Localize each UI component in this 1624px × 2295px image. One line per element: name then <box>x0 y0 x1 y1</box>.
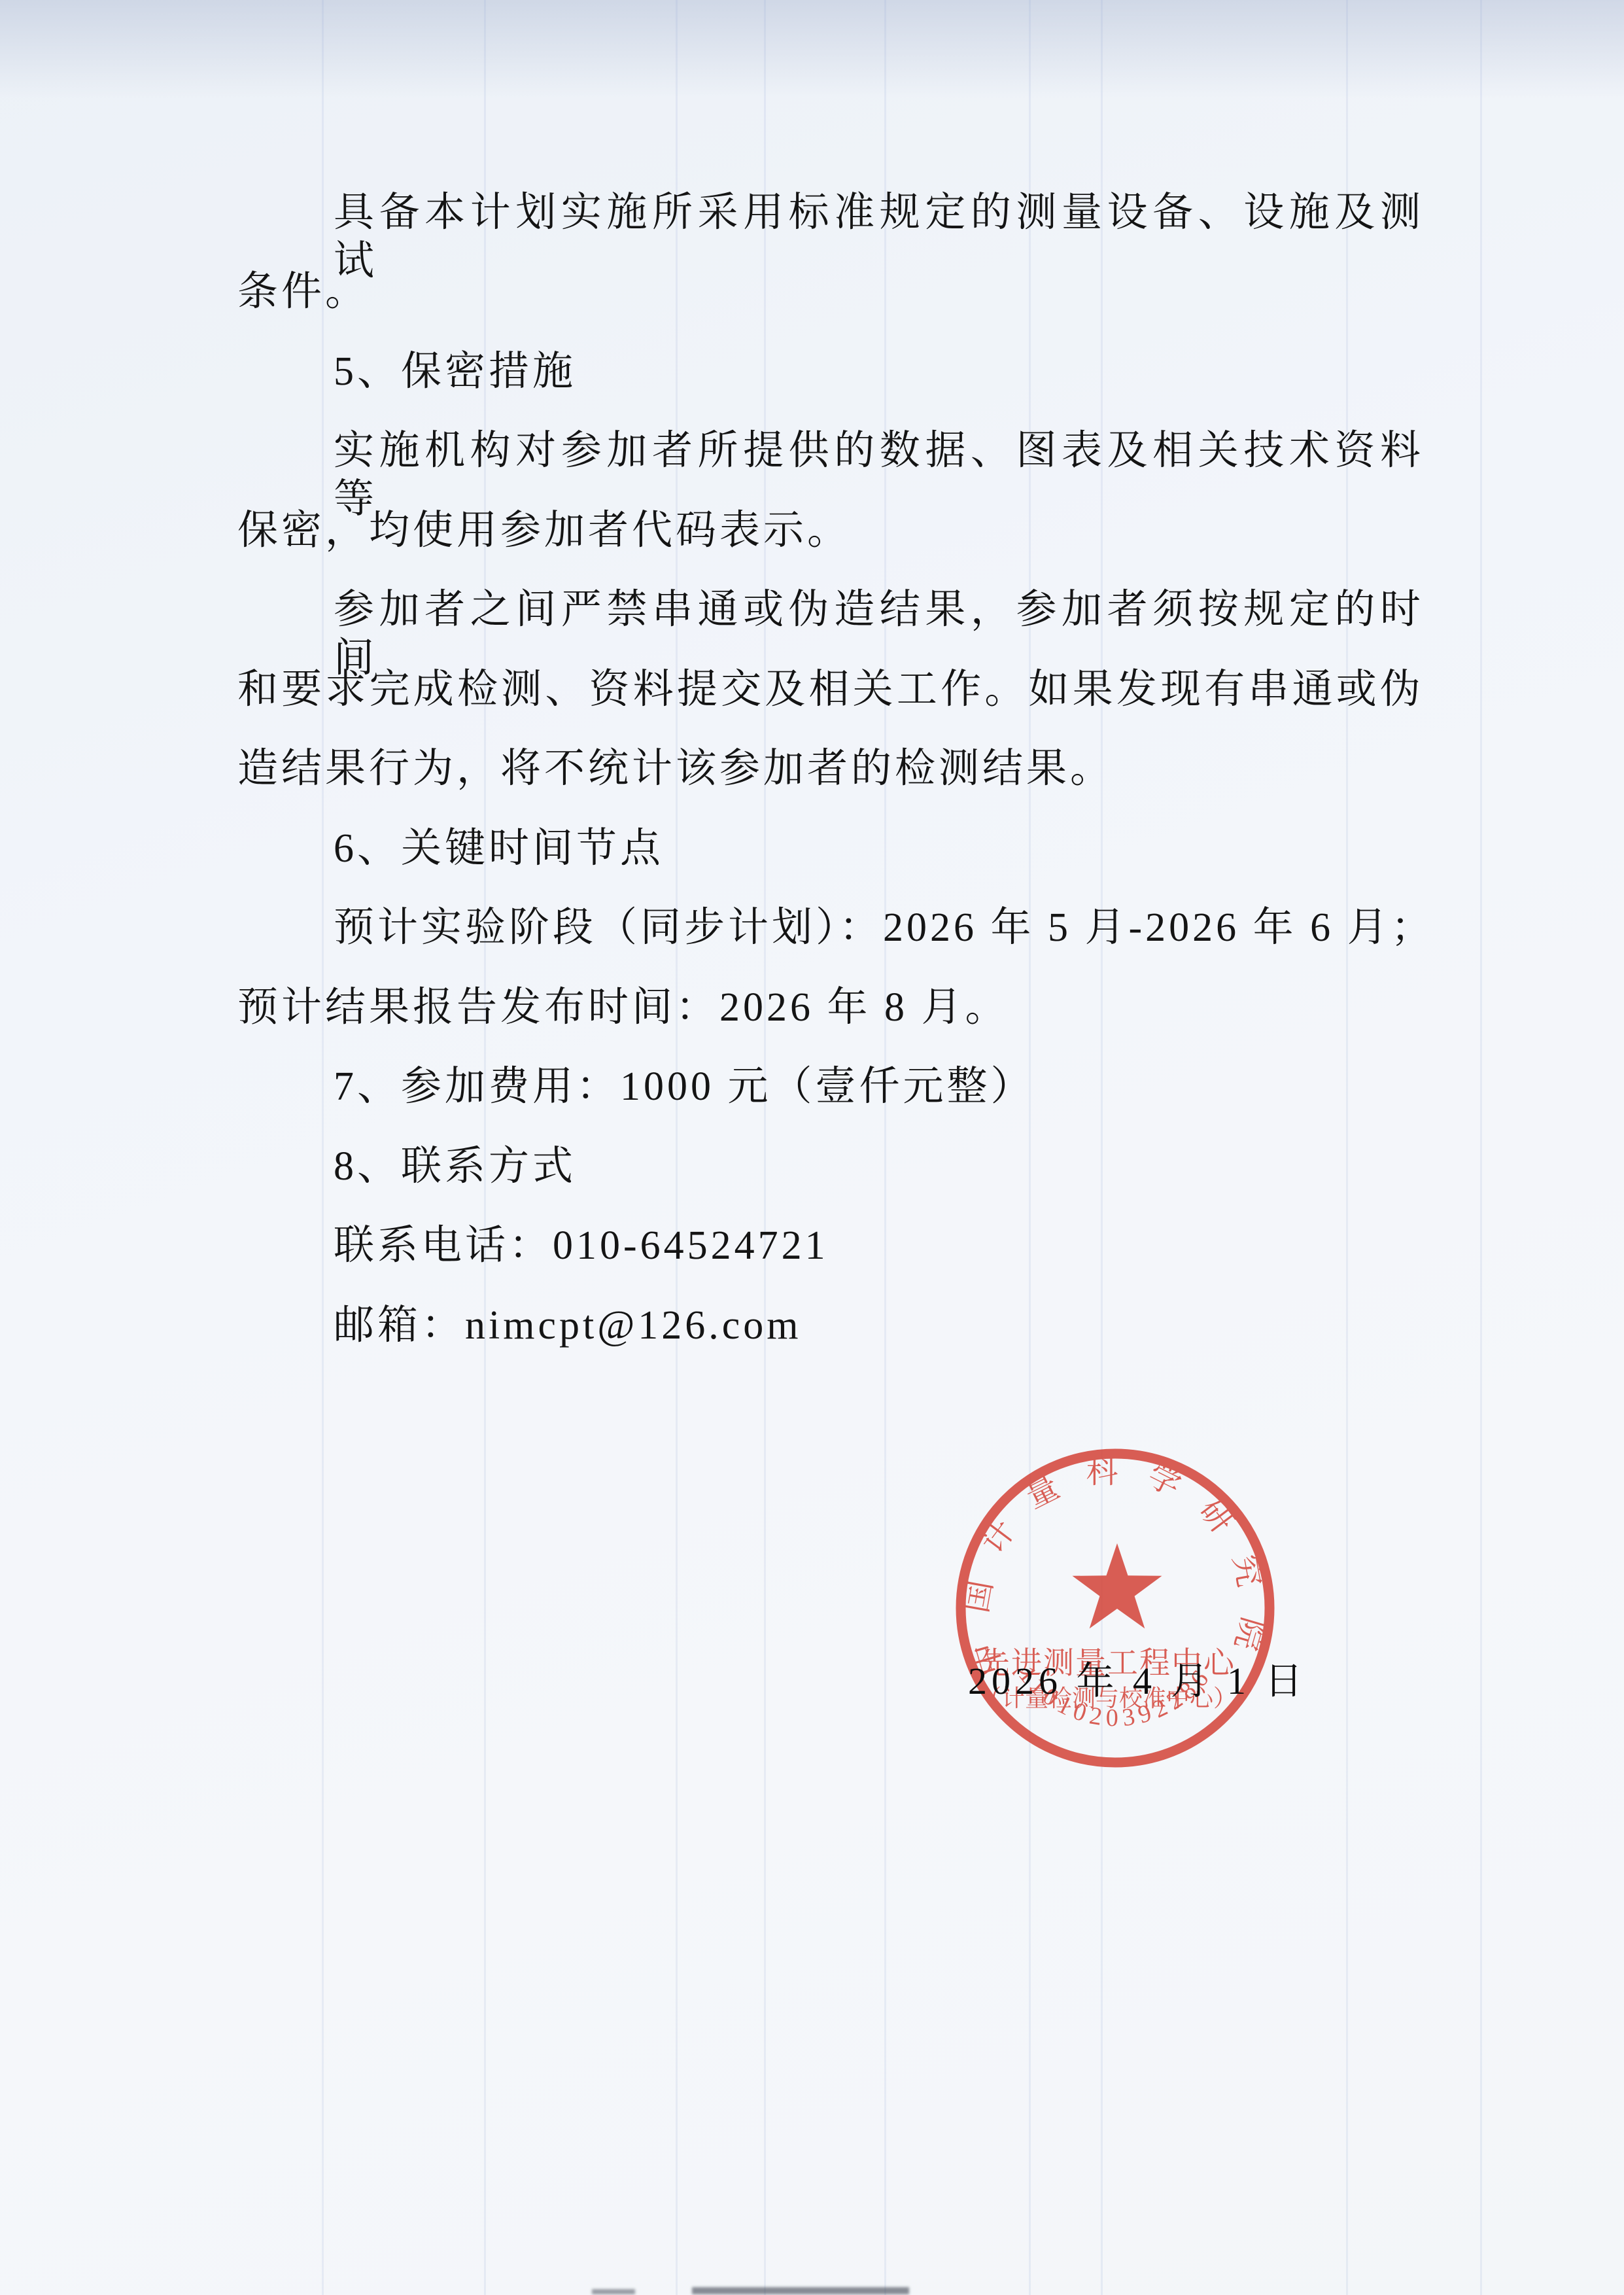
body-line: 保密，均使用参加者代码表示。 <box>237 506 851 555</box>
scan-streak <box>884 0 886 2295</box>
scan-streak <box>322 0 324 2295</box>
scan-artifact <box>692 2287 909 2294</box>
scan-streak <box>1346 0 1348 2295</box>
section-heading-fee: 7、参加费用：1000 元（壹仟元整） <box>334 1062 1035 1111</box>
contact-email-line: 邮箱：nimcpt@126.com <box>334 1301 802 1350</box>
contact-phone-line: 联系电话：010-64524721 <box>334 1221 829 1270</box>
scan-streak <box>764 0 766 2295</box>
official-seal: 中国计量科学研究院 先进测量工程中心 （计量检测与校准中心） 110102039… <box>952 1445 1279 1772</box>
scan-artifact <box>592 2289 635 2294</box>
scanned-document-page: 具备本计划实施所采用标准规定的测量设备、设施及测试 条件。 5、保密措施 实施机… <box>0 0 1624 2295</box>
scan-streak <box>676 0 678 2295</box>
body-line: 和要求完成检测、资料提交及相关工作。如果发现有串通或伪 <box>237 665 1424 714</box>
seal-star-icon <box>1073 1543 1162 1628</box>
body-line-schedule: 预计实验阶段（同步计划）：2026 年 5 月-2026 年 6 月； <box>334 903 1435 952</box>
scan-streak <box>1029 0 1031 2295</box>
scan-streak <box>1101 0 1103 2295</box>
body-line: 具备本计划实施所采用标准规定的测量设备、设施及测试 <box>334 188 1424 285</box>
body-line: 条件。 <box>237 268 369 316</box>
scan-streak <box>1480 0 1482 2295</box>
body-line-report-date: 预计结果报告发布时间：2026 年 8 月。 <box>237 983 1009 1032</box>
scan-top-shadow <box>0 0 1624 98</box>
section-heading-key-dates: 6、关键时间节点 <box>334 824 664 873</box>
section-heading-confidentiality: 5、保密措施 <box>334 347 576 396</box>
section-heading-contact: 8、联系方式 <box>334 1142 576 1191</box>
date-line: 2026 年 4 月 1 日 <box>968 1650 1307 1705</box>
body-line: 造结果行为，将不统计该参加者的检测结果。 <box>237 745 1114 793</box>
